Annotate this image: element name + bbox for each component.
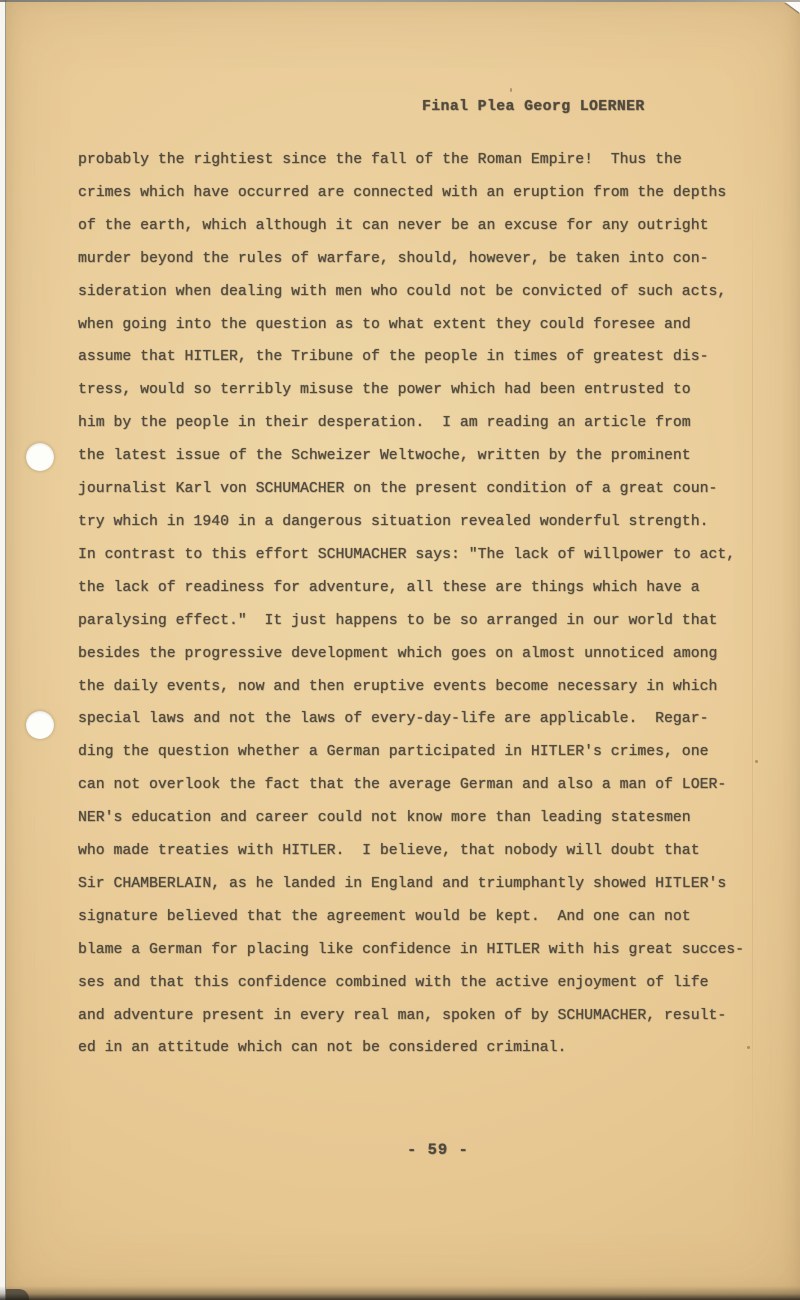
scan-top-edge xyxy=(0,0,800,2)
corner-fold xyxy=(785,2,800,13)
text-line: the latest issue of the Schweizer Weltwo… xyxy=(78,440,744,473)
scan-bottom-edge xyxy=(0,1286,800,1300)
text-line: try which in 1940 in a dangerous situati… xyxy=(78,506,744,539)
text-line: In contrast to this effort SCHUMACHER sa… xyxy=(78,539,744,572)
text-line: sideration when dealing with men who cou… xyxy=(78,276,744,309)
text-line: tress, would so terribly misuse the powe… xyxy=(78,374,744,407)
paper-speck xyxy=(510,88,512,92)
text-line: can not overlook the fact that the avera… xyxy=(78,769,744,802)
text-line: the daily events, now and then eruptive … xyxy=(78,671,744,704)
scan-left-edge xyxy=(0,0,6,1300)
text-line: besides the progressive development whic… xyxy=(78,638,744,671)
text-line: of the earth, which although it can neve… xyxy=(78,210,744,243)
paper-speck xyxy=(755,760,758,763)
punch-hole-bottom xyxy=(26,711,54,739)
text-line: him by the people in their desperation. … xyxy=(78,407,744,440)
text-line: who made treaties with HITLER. I believe… xyxy=(78,835,744,868)
text-line: murder beyond the rules of warfare, shou… xyxy=(78,243,744,276)
text-line: crimes which have occurred are connected… xyxy=(78,177,744,210)
text-line: when going into the question as to what … xyxy=(78,309,744,342)
text-line: journalist Karl von SCHUMACHER on the pr… xyxy=(78,473,744,506)
text-line: Sir CHAMBERLAIN, as he landed in England… xyxy=(78,868,744,901)
page-number: - 59 - xyxy=(407,1140,469,1160)
text-line: blame a German for placing like confiden… xyxy=(78,934,744,967)
text-line: ding the question whether a German parti… xyxy=(78,736,744,769)
text-line: probably the rightiest since the fall of… xyxy=(78,144,744,177)
text-line: the lack of readiness for adventure, all… xyxy=(78,572,744,605)
text-line: ed in an attitude which can not be consi… xyxy=(78,1032,744,1065)
text-line: signature believed that the agreement wo… xyxy=(78,901,744,934)
text-line: special laws and not the laws of every-d… xyxy=(78,703,744,736)
text-line: NER's education and career could not kno… xyxy=(78,802,744,835)
paper-speck xyxy=(747,1046,750,1049)
text-line: paralysing effect." It just happens to b… xyxy=(78,605,744,638)
text-line: ses and that this confidence combined wi… xyxy=(78,967,744,1000)
paper-crease xyxy=(752,192,753,1170)
punch-hole-top xyxy=(26,443,54,471)
text-line: assume that HITLER, the Tribune of the p… xyxy=(78,341,744,374)
paper: Final Plea Georg LOERNER probably the ri… xyxy=(5,2,800,1300)
text-line: and adventure present in every real man,… xyxy=(78,1000,744,1033)
document-body: probably the rightiest since the fall of… xyxy=(78,144,744,1065)
document-header: Final Plea Georg LOERNER xyxy=(422,98,645,116)
scanned-page: Final Plea Georg LOERNER probably the ri… xyxy=(0,0,800,1300)
